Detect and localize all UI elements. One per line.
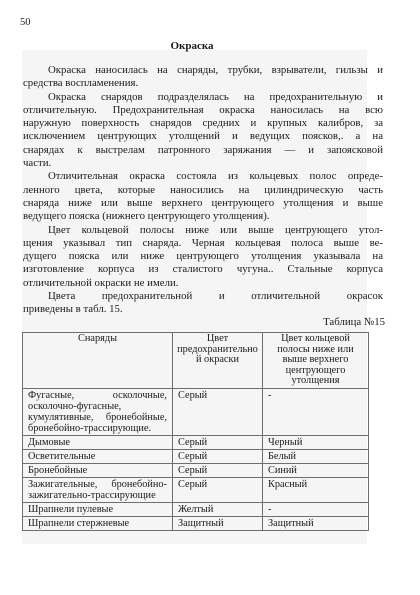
table-cell: Серый [173, 477, 263, 502]
table-cell: Шрапнели стержневые [23, 516, 173, 530]
table-cell-line: зажигательно-трассирующие [28, 490, 167, 501]
text-line: части. [23, 157, 383, 170]
table-cell-line: бронебойно-трассирующие. [28, 423, 167, 434]
table-cell-line: Красный [268, 479, 363, 490]
table-cell: Серый [173, 435, 263, 449]
text-line: Окраска наносилась на снаряды, трубки, в… [23, 64, 383, 77]
table-cell-line: Защитный [268, 518, 363, 529]
table-row: БронебойныеСерыйСиний [23, 463, 369, 477]
paragraph: Цвета предохранительной и отличительной … [23, 290, 383, 317]
table-cell-line: - [268, 504, 363, 515]
column-header: Цветпредохранительной окраски [173, 333, 263, 389]
table-cell-line: Черный [268, 437, 363, 448]
table-row: Шрапнели пулевыеЖелтый- [23, 502, 369, 516]
text-line: Отличительная окраска состояла из кольце… [23, 170, 383, 183]
text-line: Окраска снарядов подразделялась на предо… [23, 91, 383, 104]
paragraph: Окраска наносилась на снаряды, трубки, в… [23, 64, 383, 91]
text-line: средства воспламенения. [23, 77, 383, 90]
page-number: 50 [20, 16, 31, 29]
table-row: ОсветительныеСерыйБелый [23, 449, 369, 463]
column-header: Снаряды [23, 333, 173, 389]
table-cell-line: Серый [178, 465, 257, 476]
text-line: Цвет кольцевой полосы ниже или выше цент… [23, 224, 383, 237]
text-line: ведущего пояска (нижнего центрующего уто… [23, 210, 383, 223]
text-line: снаряда ниже или выше верхнего центрующе… [23, 197, 383, 210]
column-header-line: Цвет [175, 334, 260, 345]
table-cell: Зажигательные, бронебойно-зажигательно-т… [23, 477, 173, 502]
table-cell-line: осколочно-фугасные, [28, 401, 167, 412]
table-cell: Защитный [173, 516, 263, 530]
table-cell: - [263, 388, 369, 435]
table-cell: - [263, 502, 369, 516]
table-cell: Желтый [173, 502, 263, 516]
table-cell-line: Белый [268, 451, 363, 462]
table-header-row: СнарядыЦветпредохранительной окраскиЦвет… [23, 333, 369, 389]
table-cell: Синий [263, 463, 369, 477]
text-line: снарядах к выстрелам патронного заряжани… [23, 144, 383, 157]
table-cell: Фугасные, осколочные,осколочно-фугасные,… [23, 388, 173, 435]
table-cell-line: - [268, 390, 363, 401]
table-cell: Красный [263, 477, 369, 502]
table-row: Шрапнели стержневыеЗащитныйЗащитный [23, 516, 369, 530]
column-header: Цвет кольцевойполосы ниже иливыше верхне… [263, 333, 369, 389]
table-cell-line: кумулятивные, бронебойные, [28, 412, 167, 423]
table-cell: Черный [263, 435, 369, 449]
paragraph: Цвет кольцевой полосы ниже или выше цент… [23, 224, 383, 290]
column-header-line: й окраски [175, 355, 260, 366]
table-cell-line: Шрапнели стержневые [28, 518, 167, 529]
table-cell: Защитный [263, 516, 369, 530]
table-cell-line: Зажигательные, бронебойно- [28, 479, 167, 490]
text-line: исключением центрующих утолщений и ведущ… [23, 130, 383, 143]
table-cell-line: Серый [178, 479, 257, 490]
text-line: щения указывал тип снаряда. Черная кольц… [23, 237, 383, 250]
page-title: Окраска [23, 40, 361, 53]
table-cell-line: Дымовые [28, 437, 167, 448]
table-cell-line: Серый [178, 451, 257, 462]
column-header-line: Снаряды [25, 334, 170, 345]
table-cell-line: Защитный [178, 518, 257, 529]
table-cell-line: Бронебойные [28, 465, 167, 476]
table-row: ДымовыеСерыйЧерный [23, 435, 369, 449]
table-cell-line: Желтый [178, 504, 257, 515]
table-cell: Белый [263, 449, 369, 463]
colors-table: СнарядыЦветпредохранительной окраскиЦвет… [22, 332, 369, 531]
column-header-line: утолщения [265, 376, 366, 387]
table-cell: Бронебойные [23, 463, 173, 477]
text-line: приведены в табл. 15. [23, 303, 383, 316]
text-line: отличительной окраски не имели. [23, 277, 383, 290]
text-line: ленного цвета, которые наносились на цил… [23, 184, 383, 197]
table-cell-line: Шрапнели пулевые [28, 504, 167, 515]
document-page: 50 Окраска Окраска наносилась на снаряды… [0, 0, 420, 595]
table-row: Зажигательные, бронебойно-зажигательно-т… [23, 477, 369, 502]
table-cell-line: Серый [178, 390, 257, 401]
table-cell-line: Синий [268, 465, 363, 476]
column-header-line: Цвет кольцевой [265, 334, 366, 345]
table-cell-line: Фугасные, осколочные, [28, 390, 167, 401]
text-line: изготовление корпуса из сталистого чугун… [23, 263, 383, 276]
paragraph: Отличительная окраска состояла из кольце… [23, 170, 383, 223]
table-cell: Дымовые [23, 435, 173, 449]
table-cell: Осветительные [23, 449, 173, 463]
table-caption: Таблица №15 [23, 316, 385, 329]
text-line: Цвета предохранительной и отличительной … [23, 290, 383, 303]
text-line: наружную поверхность снарядов средних и … [23, 117, 383, 130]
text-line: дущего пояска или ниже центрующего утолщ… [23, 250, 383, 263]
paragraph: Окраска снарядов подразделялась на предо… [23, 91, 383, 171]
table-row: Фугасные, осколочные,осколочно-фугасные,… [23, 388, 369, 435]
table-cell-line: Осветительные [28, 451, 167, 462]
table-cell-line: Серый [178, 437, 257, 448]
text-line: отличительную. Предохранительная окраска… [23, 104, 383, 117]
table-cell: Серый [173, 463, 263, 477]
table-cell: Серый [173, 388, 263, 435]
body-text: Окраска наносилась на снаряды, трубки, в… [23, 64, 383, 317]
table-cell: Шрапнели пулевые [23, 502, 173, 516]
table-cell: Серый [173, 449, 263, 463]
